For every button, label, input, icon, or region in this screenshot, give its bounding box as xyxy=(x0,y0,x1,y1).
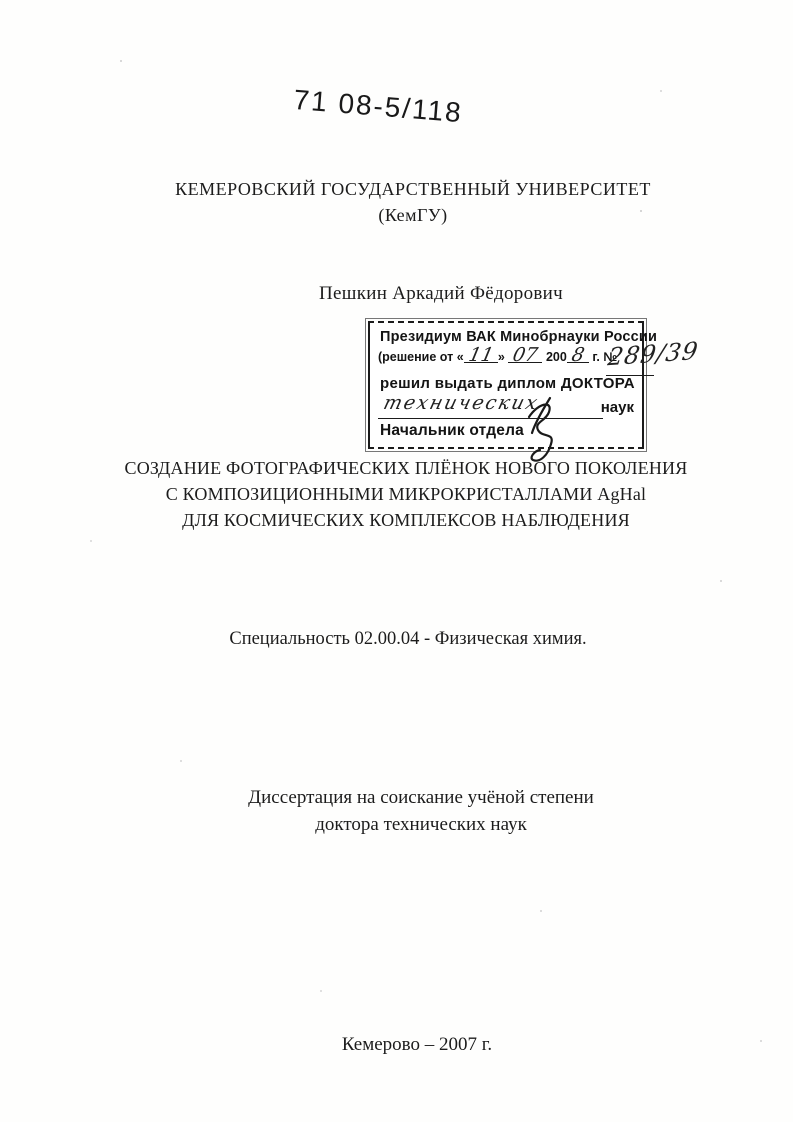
vak-decision-stamp: Президиум ВАК Минобрнауки России (решени… xyxy=(368,321,644,449)
stamp-decision-text: решил выдать диплом ДОКТОРА xyxy=(380,375,635,392)
stamp-decision-line: (решение от «11» 07 2008 г. № 289/39 xyxy=(378,350,617,364)
degree-statement-line-2: доктора технических наук xyxy=(49,811,793,838)
stamp-year-printed: 200 xyxy=(546,350,567,364)
handwritten-year-digit-slot: 8 xyxy=(567,350,589,363)
handwritten-year-digit: 8 xyxy=(571,350,585,360)
degree-statement-line-1: Диссертация на соискание учёной степени xyxy=(49,784,793,811)
scan-noise xyxy=(120,60,122,62)
title-line-1: СОЗДАНИЕ ФОТОГРАФИЧЕСКИХ ПЛЁНОК НОВОГО П… xyxy=(19,455,793,481)
handwritten-month: 07 xyxy=(512,350,538,360)
title-line-2: С КОМПОЗИЦИОННЫМИ МИКРОКРИСТАЛЛАМИ AgHal xyxy=(19,481,793,507)
handwritten-day: 11 xyxy=(468,350,494,360)
handwritten-day-slot: 11 xyxy=(464,350,498,363)
handwritten-diploma-number: 289/39 xyxy=(606,337,700,372)
specialty-line: Специальность 02.00.04 - Физическая хими… xyxy=(23,629,793,650)
nauk-label: наук xyxy=(601,399,634,416)
stamp-decision-prefix: (решение от « xyxy=(378,350,464,364)
stamp-official-title: Начальник отдела xyxy=(380,422,524,440)
university-name: КЕМЕРОВСКИЙ ГОСУДАРСТВЕННЫЙ УНИВЕРСИТЕТ xyxy=(0,176,793,202)
handwritten-month-slot: 07 xyxy=(508,350,542,363)
degree-statement: Диссертация на соискание учёной степени … xyxy=(49,784,793,838)
city-year-line: Кемерово – 2007 г. xyxy=(41,1034,793,1056)
stamp-close-quote: » xyxy=(498,350,505,364)
accession-number: 71 08-5/118 xyxy=(292,84,463,129)
stamp-degree-line: технических наук xyxy=(378,397,634,421)
title-line-3: ДЛЯ КОСМИЧЕСКИХ КОМПЛЕКСОВ НАБЛЮДЕНИЯ xyxy=(19,507,793,533)
university-abbreviation: (КемГУ) xyxy=(0,202,793,228)
author-name: Пешкин Аркадий Фёдорович xyxy=(89,283,793,305)
university-block: КЕМЕРОВСКИЙ ГОСУДАРСТВЕННЫЙ УНИВЕРСИТЕТ … xyxy=(0,176,793,228)
dissertation-title-page: 71 08-5/118 КЕМЕРОВСКИЙ ГОСУДАРСТВЕННЫЙ … xyxy=(0,0,793,1122)
dissertation-title: СОЗДАНИЕ ФОТОГРАФИЧЕСКИХ ПЛЁНОК НОВОГО П… xyxy=(19,455,793,533)
